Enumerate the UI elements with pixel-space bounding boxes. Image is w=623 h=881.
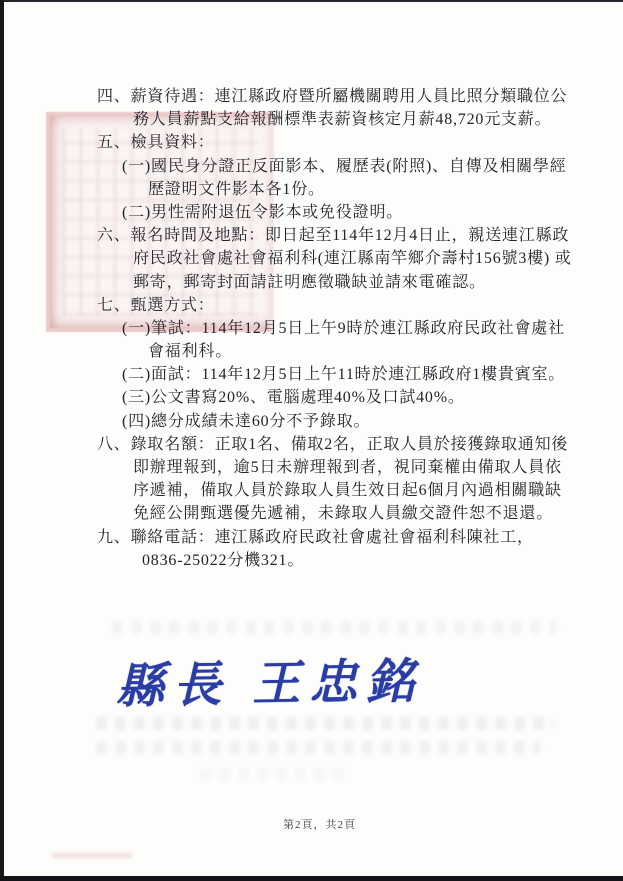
bleed-through-ghost: [112, 621, 557, 634]
scanned-document-page: 四、薪資待遇：連江縣政府暨所屬機關聘用人員比照分類職位公 務人員薪點支給報酬標準…: [0, 0, 623, 881]
scan-edge-top: [0, 0, 623, 2]
doc-line: (一)國民身分證正反面影本、履歷表(附照)、自傳及相關學經: [122, 155, 577, 178]
doc-line: 會福利科。: [148, 340, 577, 363]
doc-line: 府民政社會處社會福利科(連江縣南竿鄉介壽村156號3樓) 或: [133, 247, 577, 270]
pink-smudge: [52, 853, 132, 858]
doc-line: 五、檢具資料：: [97, 131, 577, 154]
doc-line: 郵寄，郵寄封面請註明應徵職缺並請來電確認。: [133, 271, 577, 294]
doc-line: 九、聯絡電話：連江縣政府民政社會處社會福利科陳社工，: [97, 526, 577, 549]
bleed-through-ghost: [200, 768, 350, 781]
document-body: 四、薪資待遇：連江縣政府暨所屬機關聘用人員比照分類職位公 務人員薪點支給報酬標準…: [97, 85, 577, 572]
doc-line: 六、報名時間及地點：即日起至114年12月4日止，親送連江縣政: [97, 224, 577, 247]
scan-edge-left: [0, 0, 4, 881]
doc-line: 歷證明文件影本各1份。: [148, 178, 577, 201]
scan-edge-bottom: [0, 876, 623, 881]
doc-line: 四、薪資待遇：連江縣政府暨所屬機關聘用人員比照分類職位公: [97, 85, 577, 108]
doc-line: (二)面試：114年12月5日上午11時於連江縣政府1樓貴賓室。: [122, 363, 577, 386]
doc-line: 七、甄選方式：: [97, 294, 577, 317]
doc-line: 序遞補，備取人員於錄取人員生效日起6個月內過相關職缺: [133, 479, 577, 502]
magistrate-signature: 縣長王忠銘: [115, 642, 423, 716]
bleed-through-ghost: [96, 741, 541, 754]
doc-line: (三)公文書寫20%、電腦處理40%及口試40%。: [122, 386, 577, 409]
doc-line: 免經公開甄選優先遞補，未錄取人員繳交證件恕不退還。: [133, 502, 577, 525]
signature-title: 縣長: [116, 659, 231, 714]
doc-line: 務人員薪點支給報酬標準表薪資核定月薪48,720元支薪。: [133, 108, 577, 131]
doc-line: 即辦理報到，逾5日未辦理報到者，視同棄權由備取人員依: [133, 456, 577, 479]
doc-line: 八、錄取名額：正取1名、備取2名，正取人員於接獲錄取通知後: [97, 433, 577, 456]
doc-line: 0836-25022分機321。: [142, 549, 577, 572]
signature-name: 王忠銘: [252, 655, 424, 711]
doc-line: (一)筆試：114年12月5日上午9時於連江縣政府民政社會處社: [122, 317, 577, 340]
bleed-through-ghost: [96, 717, 554, 730]
doc-line: (二)男性需附退伍令影本或免役證明。: [122, 201, 577, 224]
doc-line: (四)總分成績未達60分不予錄取。: [122, 410, 577, 433]
page-number-footer: 第2頁，共2頁: [0, 816, 623, 832]
